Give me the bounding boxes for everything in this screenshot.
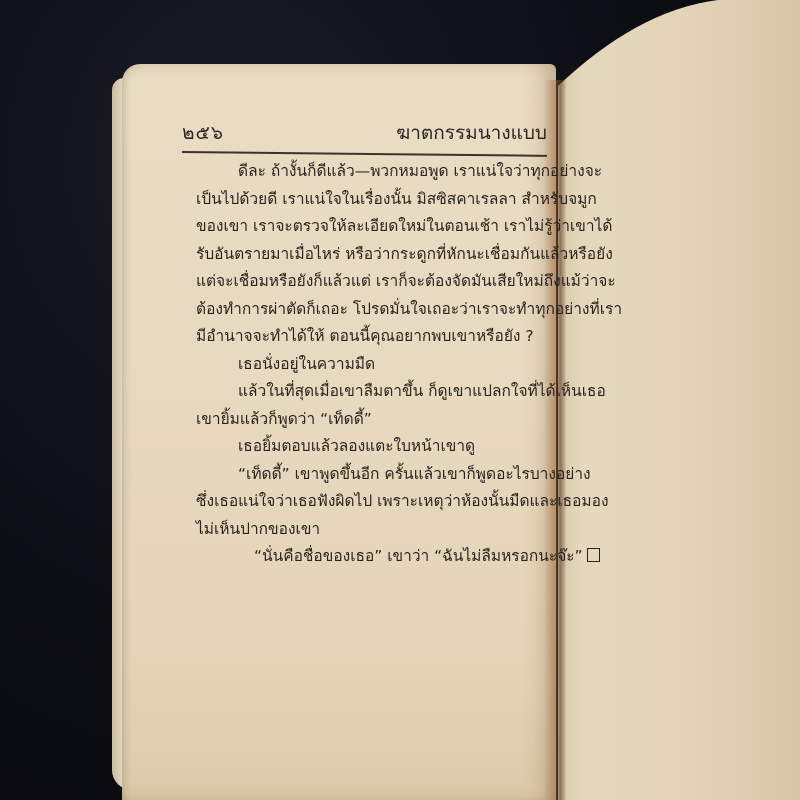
body-text: ดีละ ถ้างั้นก็ดีแล้ว—พวกหมอพูด เราแน่ใจว… (196, 158, 546, 571)
running-title: ฆาตกรรมนางแบบ (396, 118, 547, 148)
text-line: เขายิ้มแล้วก็พูดว่า “เท็ดดี้” (196, 406, 546, 434)
text-line: ดีละ ถ้างั้นก็ดีแล้ว—พวกหมอพูด เราแน่ใจว… (196, 158, 546, 186)
text-line: เธอนั่งอยู่ในความมืด (196, 351, 546, 379)
text-line: มีอำนาจจะทำได้ให้ ตอนนี้คุณอยากพบเขาหรือ… (196, 323, 546, 351)
end-of-chapter-square-icon (587, 548, 600, 562)
page-header: ๒๕๖ ฆาตกรรมนางแบบ (182, 118, 547, 144)
text-line: ซึ่งเธอแน่ใจว่าเธอฟังผิดไป เพราะเหตุว่าห… (196, 488, 546, 516)
text-line-final-text: “นั่นคือชื่อของเธอ” เขาว่า “ฉันไม่ลืมหรอ… (254, 547, 583, 565)
text-line: รับอันตรายมาเมื่อไหร่ หรือว่ากระดูกที่หั… (196, 241, 546, 269)
text-line: ของเขา เราจะตรวจให้ละเอียดใหม่ในตอนเช้า … (196, 213, 546, 241)
text-line: ไม่เห็นปากของเขา (196, 516, 546, 544)
text-line: เป็นไปด้วยดี เราแน่ใจในเรื่องนั้น มิสซิส… (196, 186, 546, 214)
page-number: ๒๕๖ (182, 118, 224, 148)
right-page-blank (558, 0, 800, 800)
book-gutter (544, 80, 566, 800)
text-line: เธอยิ้มตอบแล้วลองแตะใบหน้าเขาดู (196, 433, 546, 461)
text-line-final: “นั่นคือชื่อของเธอ” เขาว่า “ฉันไม่ลืมหรอ… (196, 543, 546, 571)
photo-scene: ๒๕๖ ฆาตกรรมนางแบบ ดีละ ถ้างั้นก็ดีแล้ว—พ… (0, 0, 800, 800)
text-line: แต่จะเชื่อมหรือยังก็แล้วแต่ เราก็จะต้องจ… (196, 268, 546, 296)
text-line: “เท็ดดี้” เขาพูดขึ้นอีก ครั้นแล้วเขาก็พู… (196, 461, 546, 489)
text-line: ต้องทำการผ่าตัดก็เถอะ โปรดมั่นใจเถอะว่าเ… (196, 296, 546, 324)
text-line: แล้วในที่สุดเมื่อเขาลืมตาขึ้น ก็ดูเขาแปล… (196, 378, 546, 406)
